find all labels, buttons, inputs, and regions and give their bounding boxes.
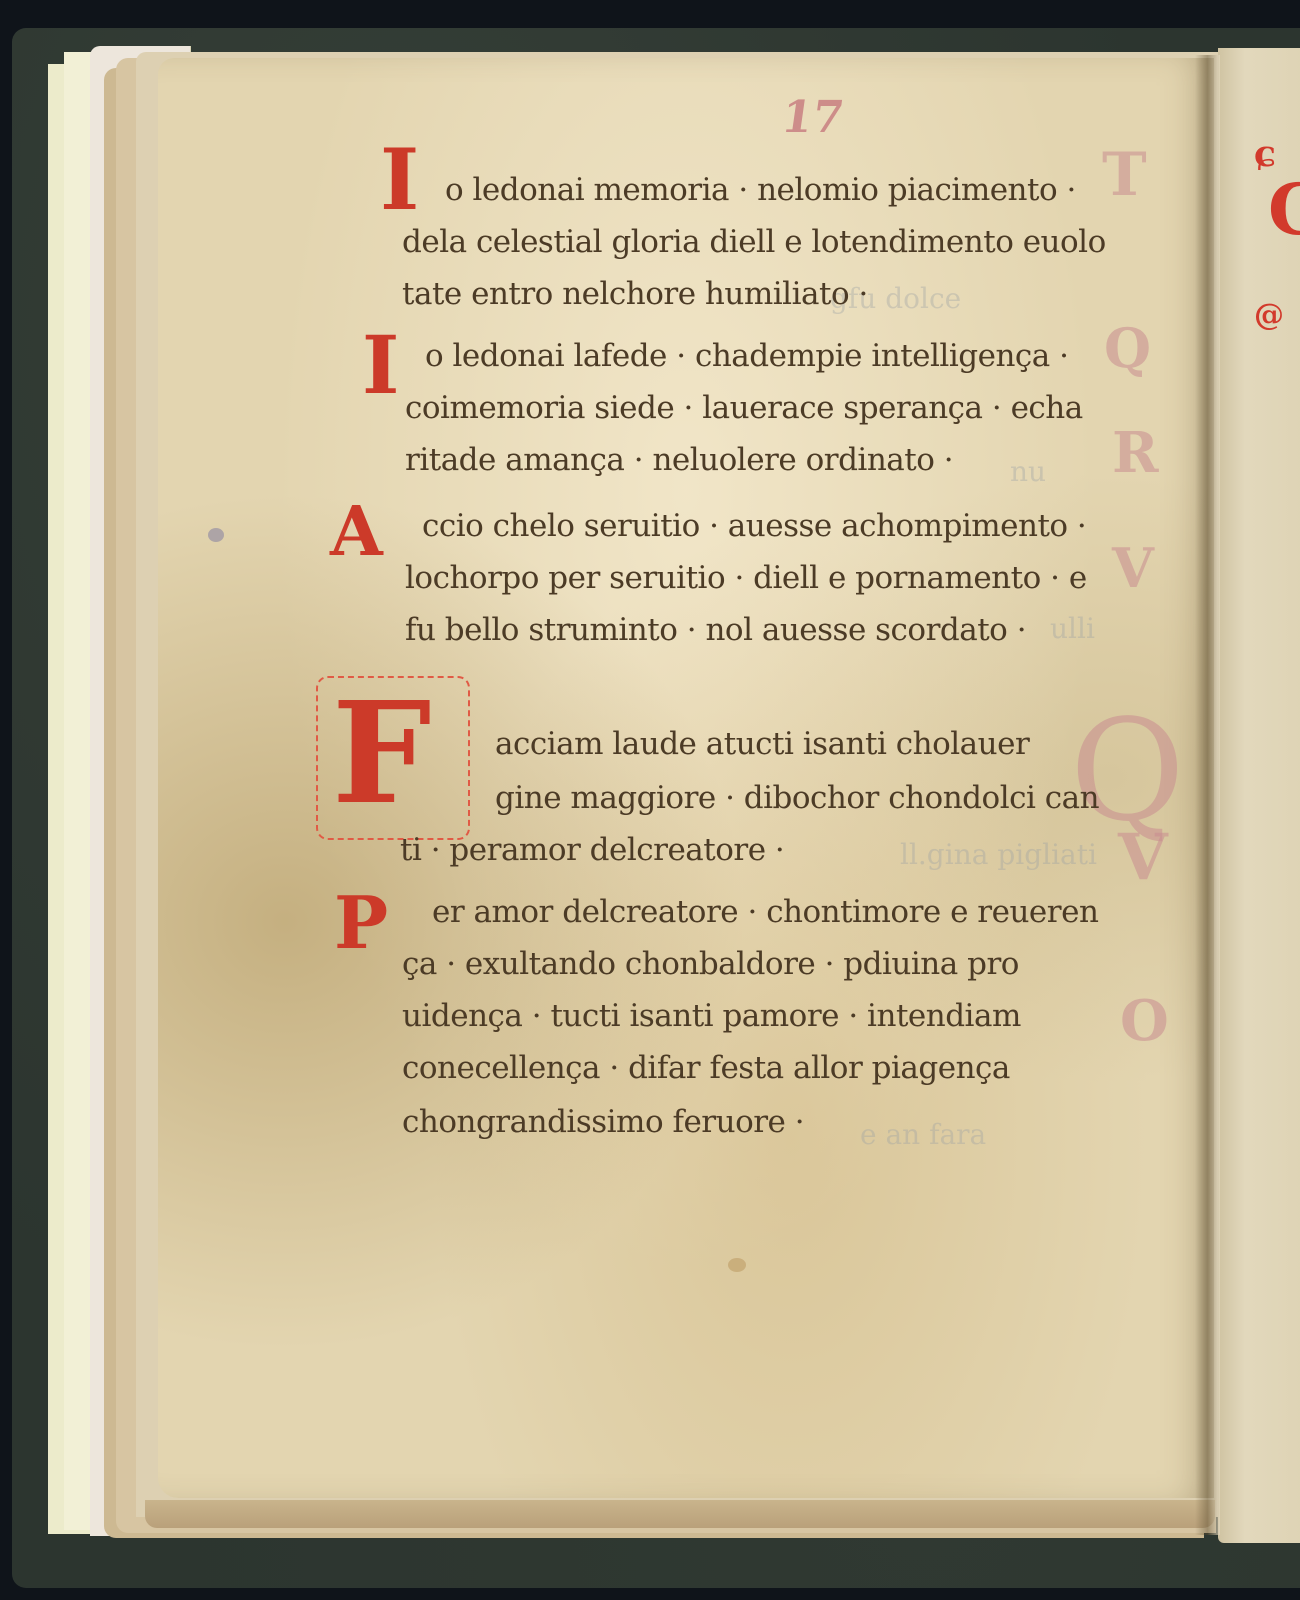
bleedthrough-text: ll.gina pigliati [900,838,1097,871]
text-line: tate entro nelchore humiliato · [402,276,868,312]
bleedthrough-text: nu [1010,455,1046,488]
bleedthrough-letter: O [1120,988,1169,1054]
text-line: ça · exultando chonbaldore · pdiuina pro [402,946,1019,982]
rubricated-initial: I [362,318,399,412]
bleedthrough-letter: R [1112,420,1159,486]
text-line: dela celestial gloria diell e lotendimen… [402,224,1106,260]
bleedthrough-letter: Q [1104,316,1151,380]
decorated-initial: F [332,684,431,824]
bleedthrough-letter: T [1102,140,1147,210]
rubricated-initial: A [330,492,383,572]
bleedthrough-text: e an fara [860,1118,986,1151]
text-line: fu bello struminto · nol auesse scordato… [405,612,1026,648]
text-line: acciam laude atucti isanti cholauer [495,726,1029,762]
rubricated-initial: I [380,130,419,229]
folio-number: 17 [778,92,846,143]
text-line: gine maggiore · dibochor chondolci can [495,780,1099,816]
bleedthrough-text: ulli [1050,612,1095,645]
bleedthrough-letter: V [1112,536,1154,600]
text-line: ccio chelo seruitio · auesse achompiment… [422,508,1086,544]
text-block: 17 T Q R V Q V O gfu dolce nu ulli ll.gi… [0,0,1300,1600]
text-line: lochorpo per seruitio · diell e pornamen… [405,560,1087,596]
manuscript-scene: ɕ C @ 17 T Q R V Q V O gfu dolce nu ulli… [0,0,1300,1600]
text-line: o ledonai lafede · chadempie intelligenç… [425,338,1068,374]
text-line: ti · peramor delcreatore · [400,832,784,868]
text-line: ritade amança · neluolere ordinato · [405,442,953,478]
bleedthrough-letter: V [1118,820,1168,895]
text-line: uidença · tucti isanti pamore · intendia… [402,998,1021,1034]
text-line: conecellença · difar festa allor piagenç… [402,1050,1010,1086]
text-line: er amor delcreatore · chontimore e reuer… [432,894,1098,930]
text-line: o ledonai memoria · nelomio piacimento · [445,172,1076,208]
text-line: coimemoria siede · lauerace sperança · e… [405,390,1083,426]
rubricated-initial: P [334,880,388,965]
text-line: chongrandissimo feruore · [402,1104,804,1140]
